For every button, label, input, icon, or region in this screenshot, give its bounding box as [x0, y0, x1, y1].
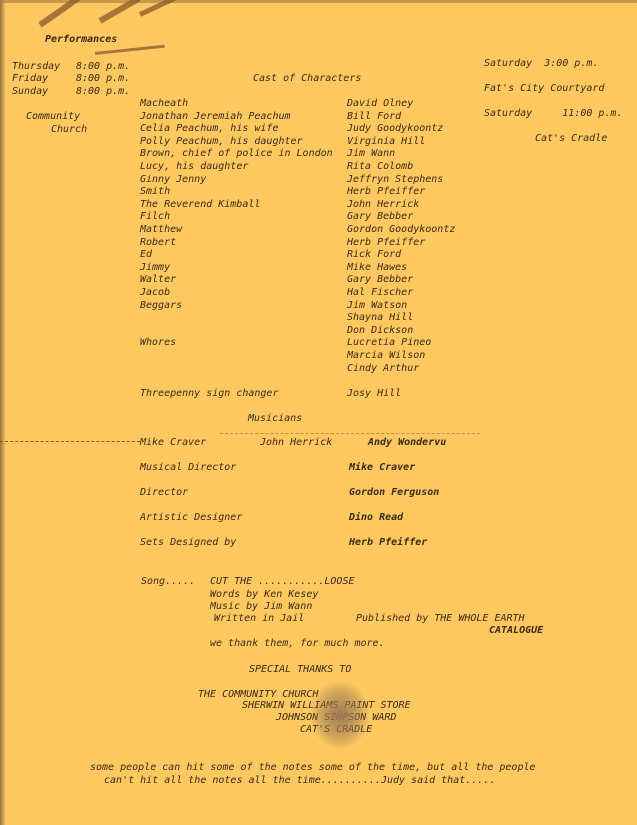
credit-name: Dino Read — [349, 512, 403, 524]
cast-role: Filch — [140, 211, 170, 223]
schedule-day: Thursday — [12, 61, 60, 73]
quote-line: some people can hit some of the notes so… — [90, 762, 536, 774]
page-edge-shadow — [0, 0, 6, 825]
credit-role: Sets Designed by — [140, 537, 236, 549]
special-thanks-heading: SPECIAL THANKS TO — [249, 664, 351, 676]
cast-role: Lucy, his daughter — [140, 161, 248, 173]
performances-heading: Performances — [45, 34, 117, 46]
credit-role: Musical Director — [140, 462, 236, 474]
program-page: Performances Thursday 8:00 p.m. Friday 8… — [0, 0, 637, 825]
page-top-edge — [0, 0, 637, 3]
song-written: Written in Jail — [214, 613, 304, 625]
fold-line — [220, 433, 480, 435]
schedule-right: Fat's City Courtyard — [484, 83, 604, 95]
ink-smudge — [310, 680, 370, 750]
song-published: Published by THE WHOLE EARTH — [356, 613, 525, 625]
cast-actor: Judy Goodykoontz — [347, 123, 443, 135]
cast-actor: Lucretia Pineo — [347, 337, 431, 349]
musician-name: John Herrick — [260, 437, 332, 449]
cast-role: Beggars — [140, 300, 182, 312]
credit-name: Mike Craver — [349, 462, 415, 474]
cast-role: Robert — [140, 237, 176, 249]
cast-role: Macheath — [140, 98, 188, 110]
cast-role: The Reverend Kimball — [140, 199, 260, 211]
fold-line — [0, 441, 140, 443]
torn-paper-mark — [99, 0, 141, 24]
song-music: Music by Jim Wann — [210, 601, 312, 613]
cast-role: Matthew — [140, 224, 182, 236]
cast-role: Jimmy — [140, 262, 170, 274]
cast-actor: Hal Fischer — [347, 287, 413, 299]
cast-role: Ed — [140, 249, 152, 261]
schedule-right: Saturday 3:00 p.m. — [484, 58, 598, 70]
credit-role: Artistic Designer — [140, 512, 242, 524]
song-label: Song..... — [141, 576, 195, 588]
musicians-heading: Musicians — [248, 413, 302, 425]
credit-name: Gordon Ferguson — [349, 487, 439, 499]
musician-name: Andy Wondervu — [368, 437, 446, 449]
cast-role: Jacob — [140, 287, 170, 299]
cast-role: Polly Peachum, his daughter — [140, 136, 303, 148]
cast-actor: Marcia Wilson — [347, 350, 425, 362]
cast-actor: Herb Pfeiffer — [347, 186, 425, 198]
sign-changer-role: Threepenny sign changer — [140, 388, 278, 400]
cast-role: Whores — [140, 337, 176, 349]
venue-line: Church — [51, 124, 87, 136]
song-title: CUT THE ...........LOOSE — [210, 576, 355, 588]
torn-paper-mark — [95, 45, 165, 55]
cast-actor: Gordon Goodykoontz — [347, 224, 455, 236]
cast-role: Ginny Jenny — [140, 174, 206, 186]
cast-actor: Virginia Hill — [347, 136, 425, 148]
cast-role: Celia Peachum, his wife — [140, 123, 278, 135]
thanks-line: we thank them, for much more. — [210, 638, 385, 650]
cast-actor: Shayna Hill — [347, 312, 413, 324]
cast-actor: Bill Ford — [347, 111, 401, 123]
schedule-time: 8:00 p.m. — [76, 73, 130, 85]
cast-actor: Mike Hawes — [347, 262, 407, 274]
musician-name: Mike Craver — [140, 437, 206, 449]
song-published-2: CATALOGUE — [489, 625, 543, 637]
venue-line: Community — [26, 111, 80, 123]
cast-actor: Jim Watson — [347, 300, 407, 312]
cast-actor: David Olney — [347, 98, 413, 110]
quote-line: can't hit all the notes all the time....… — [104, 775, 495, 787]
cast-actor: Don Dickson — [347, 325, 413, 337]
cast-role: Brown, chief of police in London — [140, 148, 333, 160]
torn-paper-mark — [38, 0, 91, 27]
cast-actor: Rick Ford — [347, 249, 401, 261]
cast-actor: John Herrick — [347, 199, 419, 211]
cast-actor: Gary Bebber — [347, 274, 413, 286]
cast-role: Smith — [140, 186, 170, 198]
cast-actor: Cindy Arthur — [347, 363, 419, 375]
sign-changer-actor: Josy Hill — [347, 388, 401, 400]
cast-actor: Herb Pfeiffer — [347, 237, 425, 249]
schedule-day: Friday — [12, 73, 48, 85]
schedule-day: Sunday — [12, 86, 48, 98]
schedule-right: Saturday 11:00 p.m. — [484, 108, 622, 120]
schedule-time: 8:00 p.m. — [76, 86, 130, 98]
credit-role: Director — [140, 487, 188, 499]
cast-actor: Gary Bebber — [347, 211, 413, 223]
cast-actor: Jeffryn Stephens — [347, 174, 443, 186]
schedule-right: Cat's Cradle — [535, 133, 607, 145]
song-words: Words by Ken Kesey — [210, 589, 318, 601]
cast-actor: Jim Wann — [347, 148, 395, 160]
cast-heading: Cast of Characters — [253, 73, 361, 85]
cast-role: Jonathan Jeremiah Peachum — [140, 111, 291, 123]
schedule-time: 8:00 p.m. — [76, 61, 130, 73]
cast-role: Walter — [140, 274, 176, 286]
cast-actor: Rita Colomb — [347, 161, 413, 173]
credit-name: Herb Pfeiffer — [349, 537, 427, 549]
